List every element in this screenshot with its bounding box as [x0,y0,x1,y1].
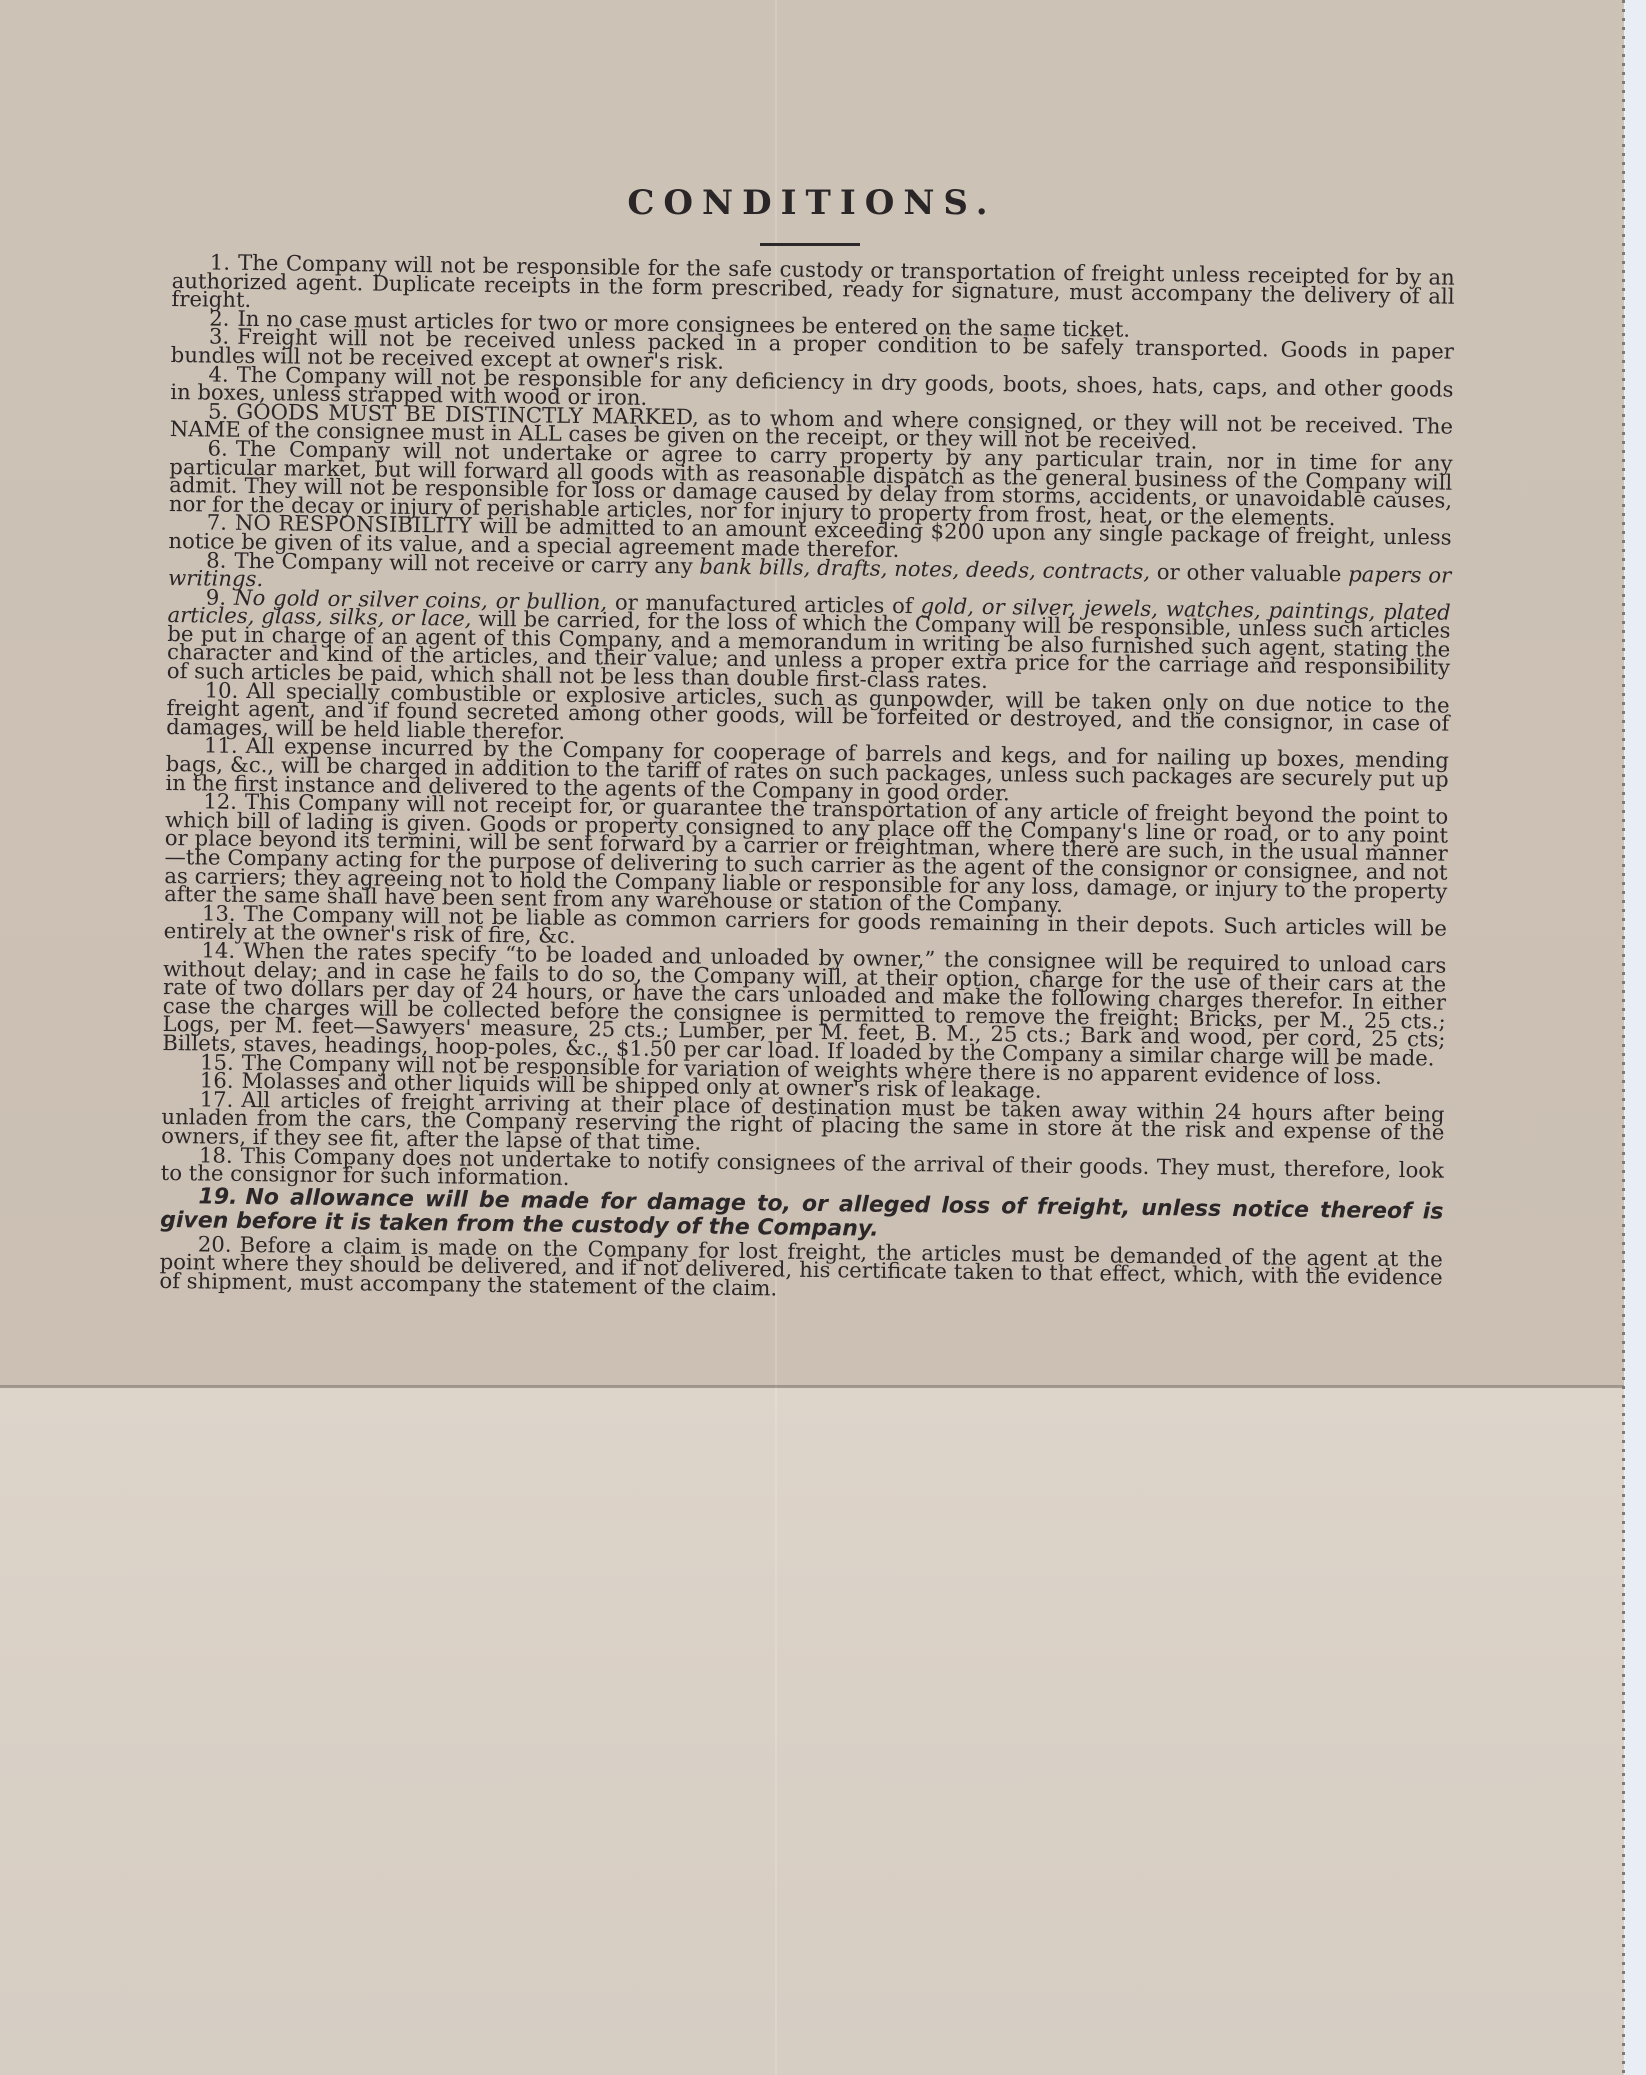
condition-text-part: The Company will not receive or carry an… [234,547,699,578]
condition-text: The Company will not be responsible for … [171,250,1455,312]
document-page: CONDITIONS. 1.The Company will not be re… [0,0,1624,2075]
condition-text: This Company will not receipt for, or gu… [164,789,1448,917]
condition-12: 12.This Company will not receipt for, or… [164,792,1448,919]
condition-text-italic: bank bills, drafts, notes, deeds, contra… [699,553,1150,584]
condition-text-part: or other valuable [1150,558,1348,585]
title-underline-rule [760,243,860,246]
perforated-edge [1622,0,1625,2075]
horizontal-fold-crease [0,1385,1624,1388]
conditions-list: 1.The Company will not be responsible fo… [159,253,1455,1306]
page-title: CONDITIONS. [0,183,1624,223]
condition-number: 19. [198,1184,237,1209]
condition-20: 20.Before a claim is made on the Company… [159,1235,1443,1306]
condition-14: 14.When the rates specify “to be loaded … [162,941,1446,1068]
